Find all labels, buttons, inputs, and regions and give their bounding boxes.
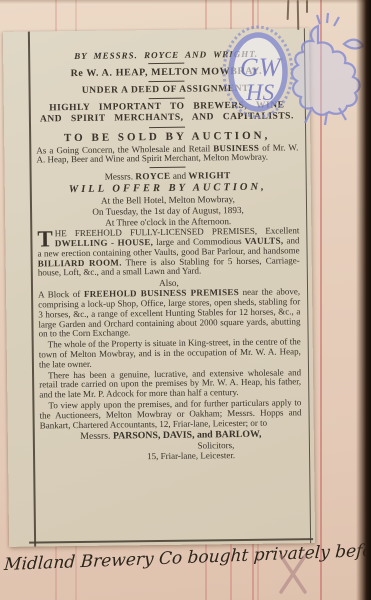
printed-column-rule-left xyxy=(28,32,36,547)
monogram-gw: GW xyxy=(240,53,283,82)
book-edge-shadow xyxy=(356,0,371,600)
auctioneer-name: WRIGHT xyxy=(188,170,230,181)
section-divider xyxy=(150,167,186,168)
section-divider xyxy=(148,81,184,82)
situation-paragraph: The whole of the Property is situate in … xyxy=(39,337,301,370)
dropcap-letter: T xyxy=(37,229,55,248)
viewing-paragraph: To view apply upon the premises, and for… xyxy=(39,398,301,431)
section-divider xyxy=(149,98,185,99)
monogram-hs: HS xyxy=(245,80,275,105)
solicitors-address: 15, Friar-lane, Leicester. xyxy=(40,450,302,463)
auctioneers-text: and xyxy=(170,171,188,181)
gwhs-watermark-stamp: GW HS xyxy=(222,10,367,133)
lot1-paragraph: THE FREEHOLD FULLY-LICENSED PREMISES, Ex… xyxy=(37,226,300,278)
ink-drip-mark xyxy=(297,0,300,30)
trade-paragraph: There has been a genuine, lucrative, and… xyxy=(39,368,301,401)
solicitors-bold: PARSONS, DAVIS, and BARLOW, xyxy=(113,429,262,442)
printed-column-rule-bottom xyxy=(29,538,313,543)
ledger-page-photo: BY MESSRS. ROYCE AND WRIGHT. Re W. A. HE… xyxy=(0,0,371,600)
auctioneer-name: ROYCE xyxy=(135,171,170,181)
heraldic-beast xyxy=(292,13,363,125)
heraldic-stamp-graphic: GW HS xyxy=(222,10,367,128)
pencil-x-mark xyxy=(275,550,311,596)
solicitors-text: Messrs. xyxy=(80,431,113,442)
section-divider xyxy=(148,63,184,64)
auctioneers-text: Messrs. xyxy=(105,171,136,181)
section-divider xyxy=(149,126,185,127)
photo-top-shade xyxy=(0,0,371,4)
sale-intro-paragraph: As a Going Concern, the Wholesale and Re… xyxy=(36,143,298,166)
lot2-paragraph: A Block of FREEHOLD BUSINESS PREMISES ne… xyxy=(38,287,301,339)
